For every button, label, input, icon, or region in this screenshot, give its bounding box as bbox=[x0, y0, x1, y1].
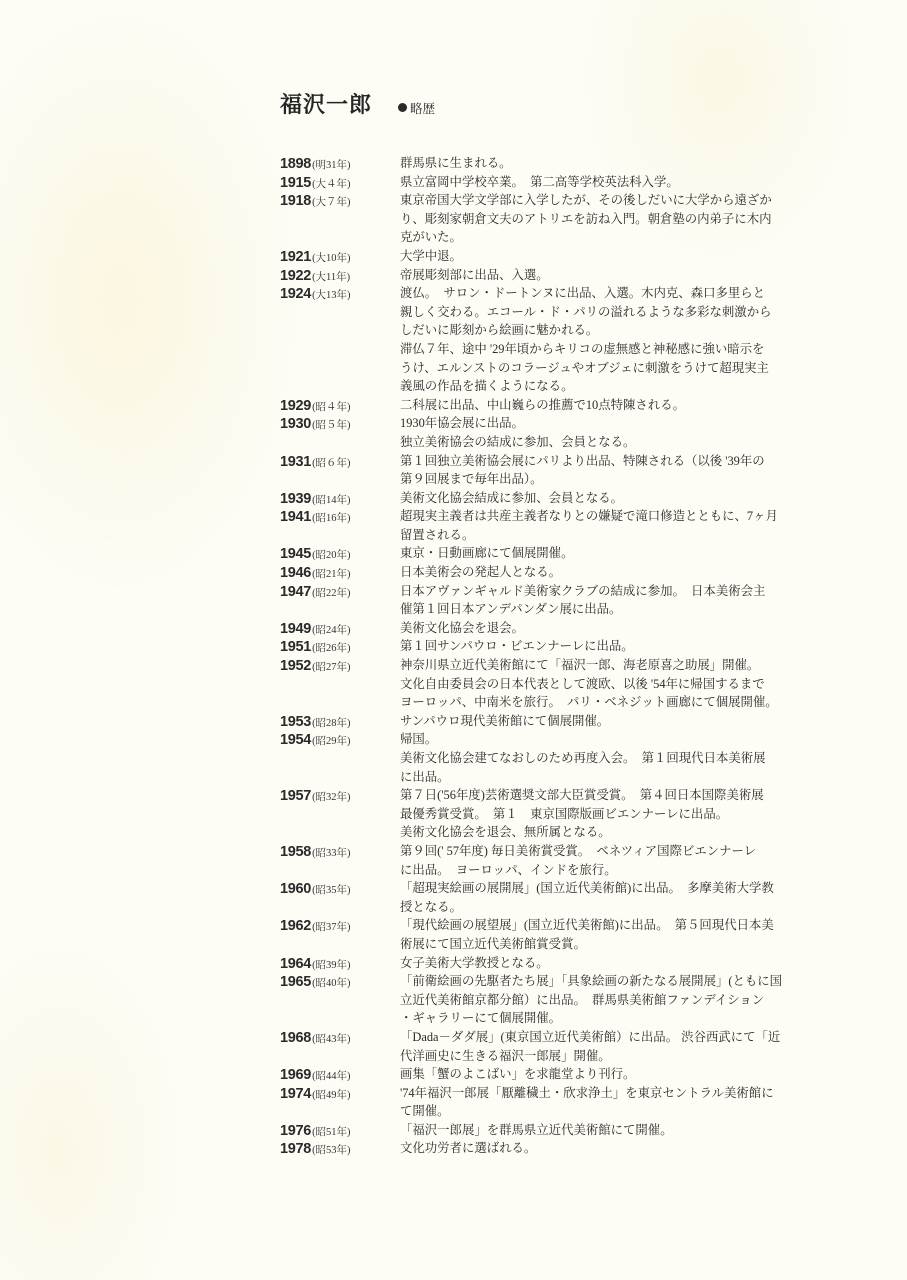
timeline-entry: 1960(昭35年)「超現実絵画の展開展」(国立近代美術館)に出品。 多摩美術大… bbox=[280, 879, 840, 916]
timeline-era-year: (昭44年) bbox=[312, 1071, 351, 1082]
timeline-text-line: て開催。 bbox=[400, 1102, 840, 1121]
timeline-year: 1976 bbox=[280, 1123, 311, 1139]
timeline-year: 1915 bbox=[280, 175, 311, 191]
timeline-era-year: (昭37年) bbox=[312, 922, 351, 933]
biography-timeline: 1898(明31年)群馬県に生まれる。1915(大４年)県立富岡中学校卒業。 第… bbox=[280, 154, 840, 1158]
timeline-entry: 1946(昭21年)日本美術会の発起人となる。 bbox=[280, 563, 840, 582]
timeline-year: 1958 bbox=[280, 844, 311, 860]
section-heading: 略歴 bbox=[398, 99, 435, 117]
timeline-era-year: (大10年) bbox=[312, 253, 351, 264]
timeline-entry: 1898(明31年)群馬県に生まれる。 bbox=[280, 154, 840, 173]
timeline-text-line: 第７日('56年度)芸術選奨文部大臣賞受賞。 第４回日本国際美術展 bbox=[400, 786, 840, 805]
timeline-era-year: (大７年) bbox=[312, 197, 351, 208]
timeline-year: 1945 bbox=[280, 546, 311, 562]
timeline-era-year: (昭28年) bbox=[312, 718, 351, 729]
timeline-date: 1954(昭29年) bbox=[280, 730, 400, 749]
timeline-description: 女子美術大学教授となる。 bbox=[400, 954, 840, 973]
timeline-year: 1960 bbox=[280, 881, 311, 897]
timeline-era-year: (昭40年) bbox=[312, 978, 351, 989]
timeline-year: 1949 bbox=[280, 621, 311, 637]
timeline-date: 1957(昭32年) bbox=[280, 786, 400, 805]
timeline-text-line: 帝展彫刻部に出品、入選。 bbox=[400, 266, 840, 285]
timeline-entry: 1953(昭28年)サンパウロ現代美術館にて個展開催。 bbox=[280, 712, 840, 731]
bullet-icon bbox=[398, 103, 407, 112]
timeline-text-line: 第１回独立美術協会展にパリより出品、特陳される（以後 '39年の bbox=[400, 452, 840, 471]
timeline-text-line: 女子美術大学教授となる。 bbox=[400, 954, 840, 973]
timeline-text-line: 「前衛絵画の先駆者たち展」「具象絵画の新たなる展開展」(ともに国 bbox=[400, 972, 840, 991]
timeline-era-year: (昭27年) bbox=[312, 662, 351, 673]
timeline-entry: 1931(昭６年)第１回独立美術協会展にパリより出品、特陳される（以後 '39年… bbox=[280, 452, 840, 489]
timeline-text-line: 美術文化協会を退会。 bbox=[400, 619, 840, 638]
timeline-year: 1951 bbox=[280, 639, 311, 655]
timeline-year: 1898 bbox=[280, 156, 311, 172]
timeline-text-line: に出品。 ヨーロッパ、インドを旅行。 bbox=[400, 861, 840, 880]
timeline-date: 1969(昭44年) bbox=[280, 1065, 400, 1084]
timeline-year: 1978 bbox=[280, 1141, 311, 1157]
timeline-entry: 1976(昭51年)「福沢一郎展」を群馬県立近代美術館にて開催。 bbox=[280, 1121, 840, 1140]
timeline-description: 文化功労者に選ばれる。 bbox=[400, 1139, 840, 1158]
timeline-text-line: 文化自由委員会の日本代表として渡欧、以後 '54年に帰国するまで bbox=[400, 675, 840, 694]
timeline-text-line: 代洋画史に生きる福沢一郎展」開催。 bbox=[400, 1047, 840, 1066]
timeline-year: 1962 bbox=[280, 918, 311, 934]
timeline-text-line: 大学中退。 bbox=[400, 247, 840, 266]
timeline-entry: 1929(昭４年)二科展に出品、中山巍らの推薦で10点特陳される。 bbox=[280, 396, 840, 415]
timeline-description: 東京帝国大学文学部に入学したが、その後しだいに大学から遠ざかり、彫刻家朝倉文夫の… bbox=[400, 191, 840, 247]
timeline-era-year: (昭５年) bbox=[312, 420, 351, 431]
timeline-year: 1964 bbox=[280, 956, 311, 972]
timeline-text-line: 東京帝国大学文学部に入学したが、その後しだいに大学から遠ざか bbox=[400, 191, 840, 210]
timeline-text-line: 神奈川県立近代美術館にて「福沢一郎、海老原喜之助展」開催。 bbox=[400, 656, 840, 675]
timeline-era-year: (昭53年) bbox=[312, 1145, 351, 1156]
timeline-year: 1954 bbox=[280, 732, 311, 748]
timeline-text-line: うけ、エルンストのコラージュやオブジェに刺激をうけて超現実主 bbox=[400, 359, 840, 378]
timeline-year: 1947 bbox=[280, 584, 311, 600]
timeline-date: 1952(昭27年) bbox=[280, 656, 400, 675]
timeline-text-line: 義風の作品を描くようになる。 bbox=[400, 377, 840, 396]
timeline-date: 1941(昭16年) bbox=[280, 507, 400, 526]
timeline-text-line: 催第１回日本アンデパンダン展に出品。 bbox=[400, 600, 840, 619]
timeline-era-year: (昭39年) bbox=[312, 960, 351, 971]
timeline-year: 1965 bbox=[280, 974, 311, 990]
timeline-description: 日本美術会の発起人となる。 bbox=[400, 563, 840, 582]
timeline-date: 1930(昭５年) bbox=[280, 414, 400, 433]
timeline-text-line: 第１回サンパウロ・ビエンナーレに出品。 bbox=[400, 637, 840, 656]
timeline-era-year: (昭49年) bbox=[312, 1090, 351, 1101]
timeline-entry: 1968(昭43年)「Dada－ダダ展」(東京国立近代美術館）に出品。 渋谷西武… bbox=[280, 1028, 840, 1065]
timeline-era-year: (昭35年) bbox=[312, 885, 351, 896]
timeline-text-line: 文化功労者に選ばれる。 bbox=[400, 1139, 840, 1158]
timeline-description: 「現代絵画の展望展」(国立近代美術館)に出品。 第５回現代日本美術展にて国立近代… bbox=[400, 916, 840, 953]
timeline-text-line: 克がいた。 bbox=[400, 228, 840, 247]
timeline-era-year: (昭26年) bbox=[312, 643, 351, 654]
timeline-text-line: 術展にて国立近代美術館賞受賞。 bbox=[400, 935, 840, 954]
timeline-description: 県立富岡中学校卒業。 第二高等学校英法科入学。 bbox=[400, 173, 840, 192]
timeline-description: 渡仏。 サロン・ドートンヌに出品、入選。木内克、森口多里らと親しく交わる。エコー… bbox=[400, 284, 840, 396]
timeline-era-year: (昭14年) bbox=[312, 495, 351, 506]
timeline-date: 1918(大７年) bbox=[280, 191, 400, 210]
timeline-date: 1976(昭51年) bbox=[280, 1121, 400, 1140]
timeline-year: 1957 bbox=[280, 788, 311, 804]
timeline-text-line: 「福沢一郎展」を群馬県立近代美術館にて開催。 bbox=[400, 1121, 840, 1140]
timeline-description: 群馬県に生まれる。 bbox=[400, 154, 840, 173]
timeline-text-line: 立近代美術館京都分館）に出品。 群馬県美術館ファンデイション bbox=[400, 991, 840, 1010]
timeline-entry: 1951(昭26年)第１回サンパウロ・ビエンナーレに出品。 bbox=[280, 637, 840, 656]
timeline-text-line: 滞仏７年、途中 '29年頃からキリコの虚無感と神秘感に強い暗示を bbox=[400, 340, 840, 359]
timeline-entry: 1930(昭５年)1930年協会展に出品。独立美術協会の結成に参加、会員となる。 bbox=[280, 414, 840, 451]
timeline-year: 1922 bbox=[280, 268, 311, 284]
timeline-entry: 1922(大11年)帝展彫刻部に出品、入選。 bbox=[280, 266, 840, 285]
timeline-description: 二科展に出品、中山巍らの推薦で10点特陳される。 bbox=[400, 396, 840, 415]
timeline-date: 1921(大10年) bbox=[280, 247, 400, 266]
artist-name-title: 福沢一郎 bbox=[280, 88, 372, 119]
timeline-text-line: に出品。 bbox=[400, 768, 840, 787]
timeline-text-line: '74年福沢一郎展「厭離穢土・欣求浄土」を東京セントラル美術館に bbox=[400, 1084, 840, 1103]
timeline-description: 第９回(' 57年度) 毎日美術賞受賞。 ベネツィア国際ビエンナーレに出品。 ヨ… bbox=[400, 842, 840, 879]
timeline-year: 1929 bbox=[280, 398, 311, 414]
timeline-text-line: 県立富岡中学校卒業。 第二高等学校英法科入学。 bbox=[400, 173, 840, 192]
timeline-date: 1931(昭６年) bbox=[280, 452, 400, 471]
timeline-entry: 1941(昭16年)超現実主義者は共産主義者なりとの嫌疑で滝口修造とともに、7ヶ… bbox=[280, 507, 840, 544]
timeline-text-line: り、彫刻家朝倉文夫のアトリエを訪ね入門。朝倉塾の内弟子に木内 bbox=[400, 210, 840, 229]
timeline-description: 「超現実絵画の展開展」(国立近代美術館)に出品。 多摩美術大学教授となる。 bbox=[400, 879, 840, 916]
timeline-date: 1939(昭14年) bbox=[280, 489, 400, 508]
timeline-date: 1946(昭21年) bbox=[280, 563, 400, 582]
timeline-entry: 1952(昭27年)神奈川県立近代美術館にて「福沢一郎、海老原喜之助展」開催。文… bbox=[280, 656, 840, 712]
timeline-date: 1968(昭43年) bbox=[280, 1028, 400, 1047]
timeline-description: 大学中退。 bbox=[400, 247, 840, 266]
timeline-text-line: 美術文化協会結成に参加、会員となる。 bbox=[400, 489, 840, 508]
timeline-date: 1947(昭22年) bbox=[280, 582, 400, 601]
timeline-text-line: 渡仏。 サロン・ドートンヌに出品、入選。木内克、森口多里らと bbox=[400, 284, 840, 303]
timeline-description: サンパウロ現代美術館にて個展開催。 bbox=[400, 712, 840, 731]
timeline-era-year: (昭32年) bbox=[312, 792, 351, 803]
timeline-text-line: 親しく交わる。エコール・ド・パリの溢れるような多彩な刺激から bbox=[400, 303, 840, 322]
timeline-year: 1968 bbox=[280, 1030, 311, 1046]
timeline-year: 1969 bbox=[280, 1067, 311, 1083]
timeline-entry: 1958(昭33年)第９回(' 57年度) 毎日美術賞受賞。 ベネツィア国際ビエ… bbox=[280, 842, 840, 879]
timeline-year: 1924 bbox=[280, 286, 311, 302]
timeline-era-year: (大４年) bbox=[312, 179, 351, 190]
timeline-text-line: 美術文化協会を退会、無所属となる。 bbox=[400, 823, 840, 842]
timeline-era-year: (昭24年) bbox=[312, 625, 351, 636]
timeline-description: 神奈川県立近代美術館にて「福沢一郎、海老原喜之助展」開催。文化自由委員会の日本代… bbox=[400, 656, 840, 712]
section-heading-label: 略歴 bbox=[410, 99, 435, 117]
timeline-entry: 1974(昭49年)'74年福沢一郎展「厭離穢土・欣求浄土」を東京セントラル美術… bbox=[280, 1084, 840, 1121]
timeline-entry: 1945(昭20年)東京・日動画廊にて個展開催。 bbox=[280, 544, 840, 563]
timeline-date: 1929(昭４年) bbox=[280, 396, 400, 415]
timeline-text-line: 「現代絵画の展望展」(国立近代美術館)に出品。 第５回現代日本美 bbox=[400, 916, 840, 935]
timeline-year: 1930 bbox=[280, 416, 311, 432]
timeline-date: 1965(昭40年) bbox=[280, 972, 400, 991]
timeline-description: 第１回独立美術協会展にパリより出品、特陳される（以後 '39年の第９回展まで毎年… bbox=[400, 452, 840, 489]
timeline-description: 第１回サンパウロ・ビエンナーレに出品。 bbox=[400, 637, 840, 656]
timeline-date: 1945(昭20年) bbox=[280, 544, 400, 563]
timeline-entry: 1962(昭37年)「現代絵画の展望展」(国立近代美術館)に出品。 第５回現代日… bbox=[280, 916, 840, 953]
timeline-text-line: 帰国。 bbox=[400, 730, 840, 749]
timeline-year: 1921 bbox=[280, 249, 311, 265]
timeline-era-year: (大13年) bbox=[312, 290, 351, 301]
timeline-era-year: (昭20年) bbox=[312, 550, 351, 561]
timeline-description: 「前衛絵画の先駆者たち展」「具象絵画の新たなる展開展」(ともに国立近代美術館京都… bbox=[400, 972, 840, 1028]
timeline-date: 1962(昭37年) bbox=[280, 916, 400, 935]
timeline-text-line: 日本アヴァンギャルド美術家クラブの結成に参加。 日本美術会主 bbox=[400, 582, 840, 601]
timeline-era-year: (昭４年) bbox=[312, 402, 351, 413]
timeline-text-line: 独立美術協会の結成に参加、会員となる。 bbox=[400, 433, 840, 452]
timeline-description: 画集「蟹のよこばい」を求龍堂より刊行。 bbox=[400, 1065, 840, 1084]
timeline-era-year: (昭51年) bbox=[312, 1127, 351, 1138]
timeline-entry: 1957(昭32年)第７日('56年度)芸術選奨文部大臣賞受賞。 第４回日本国際… bbox=[280, 786, 840, 842]
timeline-era-year: (昭16年) bbox=[312, 513, 351, 524]
timeline-entry: 1965(昭40年)「前衛絵画の先駆者たち展」「具象絵画の新たなる展開展」(とも… bbox=[280, 972, 840, 1028]
timeline-description: 帝展彫刻部に出品、入選。 bbox=[400, 266, 840, 285]
timeline-era-year: (昭33年) bbox=[312, 848, 351, 859]
timeline-year: 1946 bbox=[280, 565, 311, 581]
timeline-text-line: 画集「蟹のよこばい」を求龍堂より刊行。 bbox=[400, 1065, 840, 1084]
timeline-year: 1952 bbox=[280, 658, 311, 674]
timeline-year: 1918 bbox=[280, 193, 311, 209]
timeline-description: '74年福沢一郎展「厭離穢土・欣求浄土」を東京セントラル美術館にて開催。 bbox=[400, 1084, 840, 1121]
timeline-text-line: 第９回(' 57年度) 毎日美術賞受賞。 ベネツィア国際ビエンナーレ bbox=[400, 842, 840, 861]
document-page: 福沢一郎 略歴 1898(明31年)群馬県に生まれる。1915(大４年)県立富岡… bbox=[0, 0, 907, 1280]
timeline-description: 「Dada－ダダ展」(東京国立近代美術館）に出品。 渋谷西武にて「近代洋画史に生… bbox=[400, 1028, 840, 1065]
timeline-date: 1915(大４年) bbox=[280, 173, 400, 192]
timeline-text-line: 美術文化協会建てなおしのため再度入会。 第１回現代日本美術展 bbox=[400, 749, 840, 768]
timeline-entry: 1947(昭22年)日本アヴァンギャルド美術家クラブの結成に参加。 日本美術会主… bbox=[280, 582, 840, 619]
timeline-entry: 1915(大４年)県立富岡中学校卒業。 第二高等学校英法科入学。 bbox=[280, 173, 840, 192]
timeline-text-line: 日本美術会の発起人となる。 bbox=[400, 563, 840, 582]
timeline-year: 1939 bbox=[280, 491, 311, 507]
timeline-date: 1974(昭49年) bbox=[280, 1084, 400, 1103]
timeline-text-line: ・ギャラリーにて個展開催。 bbox=[400, 1009, 840, 1028]
timeline-era-year: (昭22年) bbox=[312, 588, 351, 599]
timeline-entry: 1949(昭24年)美術文化協会を退会。 bbox=[280, 619, 840, 638]
timeline-description: 東京・日動画廊にて個展開催。 bbox=[400, 544, 840, 563]
timeline-date: 1924(大13年) bbox=[280, 284, 400, 303]
timeline-entry: 1918(大７年)東京帝国大学文学部に入学したが、その後しだいに大学から遠ざかり… bbox=[280, 191, 840, 247]
timeline-description: 「福沢一郎展」を群馬県立近代美術館にて開催。 bbox=[400, 1121, 840, 1140]
timeline-text-line: ヨーロッパ、中南米を旅行。 パリ・ベネジット画廊にて個展開催。 bbox=[400, 693, 840, 712]
timeline-text-line: 1930年協会展に出品。 bbox=[400, 414, 840, 433]
timeline-date: 1958(昭33年) bbox=[280, 842, 400, 861]
timeline-text-line: 二科展に出品、中山巍らの推薦で10点特陳される。 bbox=[400, 396, 840, 415]
timeline-entry: 1978(昭53年)文化功労者に選ばれる。 bbox=[280, 1139, 840, 1158]
timeline-year: 1941 bbox=[280, 509, 311, 525]
timeline-description: 第７日('56年度)芸術選奨文部大臣賞受賞。 第４回日本国際美術展最優秀賞受賞。… bbox=[400, 786, 840, 842]
timeline-description: 美術文化協会を退会。 bbox=[400, 619, 840, 638]
timeline-year: 1931 bbox=[280, 454, 311, 470]
timeline-era-year: (昭29年) bbox=[312, 736, 351, 747]
timeline-date: 1960(昭35年) bbox=[280, 879, 400, 898]
timeline-date: 1953(昭28年) bbox=[280, 712, 400, 731]
timeline-entry: 1954(昭29年)帰国。美術文化協会建てなおしのため再度入会。 第１回現代日本… bbox=[280, 730, 840, 786]
timeline-date: 1964(昭39年) bbox=[280, 954, 400, 973]
timeline-era-year: (昭６年) bbox=[312, 458, 351, 469]
timeline-entry: 1939(昭14年)美術文化協会結成に参加、会員となる。 bbox=[280, 489, 840, 508]
timeline-date: 1898(明31年) bbox=[280, 154, 400, 173]
timeline-date: 1951(昭26年) bbox=[280, 637, 400, 656]
timeline-era-year: (大11年) bbox=[312, 272, 350, 283]
timeline-description: 1930年協会展に出品。独立美術協会の結成に参加、会員となる。 bbox=[400, 414, 840, 451]
timeline-era-year: (明31年) bbox=[312, 160, 351, 171]
timeline-era-year: (昭21年) bbox=[312, 569, 351, 580]
timeline-entry: 1924(大13年)渡仏。 サロン・ドートンヌに出品、入選。木内克、森口多里らと… bbox=[280, 284, 840, 396]
timeline-date: 1978(昭53年) bbox=[280, 1139, 400, 1158]
timeline-entry: 1969(昭44年)画集「蟹のよこばい」を求龍堂より刊行。 bbox=[280, 1065, 840, 1084]
timeline-text-line: 東京・日動画廊にて個展開催。 bbox=[400, 544, 840, 563]
timeline-text-line: 第９回展まで毎年出品）。 bbox=[400, 470, 840, 489]
timeline-year: 1974 bbox=[280, 1086, 311, 1102]
timeline-text-line: 授となる。 bbox=[400, 898, 840, 917]
timeline-text-line: 最優秀賞受賞。 第１ 東京国際版画ビエンナーレに出品。 bbox=[400, 805, 840, 824]
page-header: 福沢一郎 略歴 bbox=[280, 88, 435, 119]
timeline-era-year: (昭43年) bbox=[312, 1034, 351, 1045]
timeline-text-line: 留置される。 bbox=[400, 526, 840, 545]
timeline-text-line: 「Dada－ダダ展」(東京国立近代美術館）に出品。 渋谷西武にて「近 bbox=[400, 1028, 840, 1047]
timeline-description: 超現実主義者は共産主義者なりとの嫌疑で滝口修造とともに、7ヶ月留置される。 bbox=[400, 507, 840, 544]
timeline-text-line: サンパウロ現代美術館にて個展開催。 bbox=[400, 712, 840, 731]
timeline-description: 日本アヴァンギャルド美術家クラブの結成に参加。 日本美術会主催第１回日本アンデパ… bbox=[400, 582, 840, 619]
timeline-text-line: 「超現実絵画の展開展」(国立近代美術館)に出品。 多摩美術大学教 bbox=[400, 879, 840, 898]
timeline-text-line: しだいに彫刻から絵画に魅かれる。 bbox=[400, 321, 840, 340]
timeline-description: 帰国。美術文化協会建てなおしのため再度入会。 第１回現代日本美術展に出品。 bbox=[400, 730, 840, 786]
timeline-date: 1922(大11年) bbox=[280, 266, 400, 285]
timeline-description: 美術文化協会結成に参加、会員となる。 bbox=[400, 489, 840, 508]
timeline-entry: 1964(昭39年)女子美術大学教授となる。 bbox=[280, 954, 840, 973]
timeline-year: 1953 bbox=[280, 714, 311, 730]
timeline-text-line: 群馬県に生まれる。 bbox=[400, 154, 840, 173]
timeline-entry: 1921(大10年)大学中退。 bbox=[280, 247, 840, 266]
timeline-text-line: 超現実主義者は共産主義者なりとの嫌疑で滝口修造とともに、7ヶ月 bbox=[400, 507, 840, 526]
timeline-date: 1949(昭24年) bbox=[280, 619, 400, 638]
